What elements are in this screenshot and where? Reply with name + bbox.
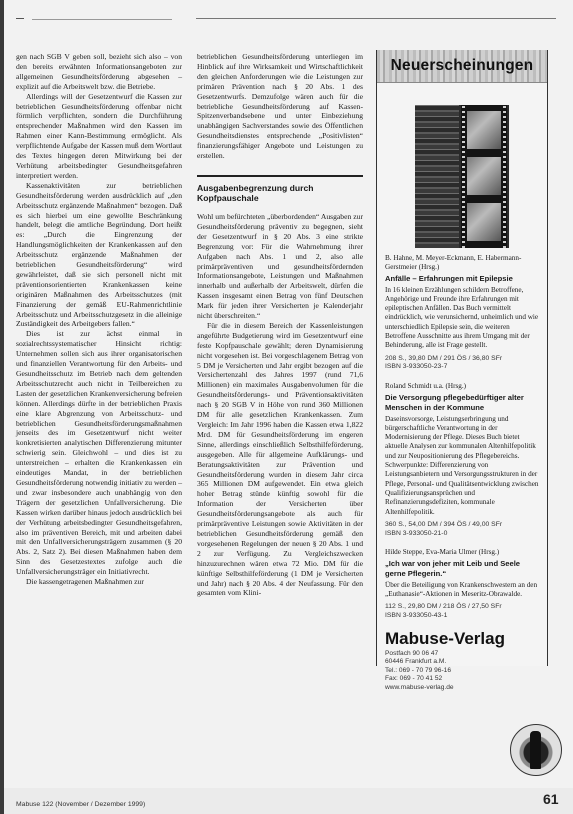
book-authors: Roland Schmidt u.a. (Hrsg.) xyxy=(385,382,541,391)
book-description: Daseinsvorsorge, Leistungserbringung und… xyxy=(385,415,541,517)
book-title: Die Versorgung pflegebedürftiger alter M… xyxy=(385,393,541,413)
book-isbn: ISBN 3-933050-43-1 xyxy=(385,612,541,621)
article-column-2: betrieblichen Gesundheitsförderung unter… xyxy=(197,52,363,598)
book-price: 360 S., 54,00 DM / 394 ÖS / 49,00 SFr xyxy=(385,521,541,530)
paragraph: Wohl um befürchteten „überbordenden“ Aus… xyxy=(197,212,363,321)
book-isbn: ISBN 3-933050-23-7 xyxy=(385,363,541,372)
sidebar-title: Neuerscheinungen xyxy=(391,57,534,75)
paragraph: Die kassengetragenen Maßnahmen zur xyxy=(16,577,182,587)
paragraph: Dies ist zur ächst einmal in sozialrecht… xyxy=(16,329,182,577)
paragraph: Für die in diesem Bereich der Kassenleis… xyxy=(197,321,363,598)
publisher-website: www.mabuse-verlag.de xyxy=(385,684,547,692)
book-entry: B. Hahne, M. Meyer-Eckmann, E. Habermann… xyxy=(377,254,547,372)
header-rule xyxy=(196,18,556,19)
book-authors: Hilde Steppe, Eva-Maria Ulmer (Hrsg.) xyxy=(385,548,541,557)
book-title: „Ich war von jeher mit Leib und Seele ge… xyxy=(385,559,541,579)
book-cover-image xyxy=(415,105,509,248)
book-isbn: ISBN 3-933050-21-0 xyxy=(385,530,541,539)
book-price: 112 S., 29,80 DM / 218 ÖS / 27,50 SFr xyxy=(385,603,541,612)
book-title: Anfälle – Erfahrungen mit Epilepsie xyxy=(385,274,541,284)
publisher-logo-icon xyxy=(510,724,562,776)
header-rule xyxy=(16,18,24,19)
publisher-name: Mabuse-Verlag xyxy=(385,629,547,649)
page-number: 61 xyxy=(543,791,559,807)
book-authors: B. Hahne, M. Meyer-Eckmann, E. Habermann… xyxy=(385,254,541,273)
footer-issue: Mabuse 122 (November / Dezember 1999) xyxy=(16,801,145,808)
section-heading: Ausgabenbegrenzung durch Kopfpauschale xyxy=(197,183,363,204)
book-entry: Roland Schmidt u.a. (Hrsg.) Die Versorgu… xyxy=(377,382,547,538)
publisher-address: Postfach 90 06 47 60446 Frankfurt a.M. T… xyxy=(385,650,547,692)
book-price: 208 S., 39,80 DM / 291 ÖS / 36,80 SFr xyxy=(385,355,541,364)
book-description: Über die Beteiligung von Krankenschweste… xyxy=(385,581,541,600)
paragraph: Allerdings will der Gesetzentwurf die Ka… xyxy=(16,92,182,181)
sidebar-banner: Neuerscheinungen xyxy=(377,50,547,83)
book-description: In 16 kleinen Erzählungen schildern Betr… xyxy=(385,286,541,351)
paragraph: betrieblichen Gesundheitsförderung unter… xyxy=(197,52,363,161)
section-divider xyxy=(197,175,363,177)
new-releases-sidebar: Neuerscheinungen B. Hahne, M. Meyer-Eckm… xyxy=(376,50,548,666)
header-rule xyxy=(32,19,172,20)
page-edge xyxy=(0,0,4,814)
paragraph: gen nach SGB V geben soll, bezieht sich … xyxy=(16,52,182,92)
book-entry: Hilde Steppe, Eva-Maria Ulmer (Hrsg.) „I… xyxy=(377,548,547,620)
paragraph: Kassenaktivitäten zur betrieblichen Gesu… xyxy=(16,181,182,330)
article-column-1: gen nach SGB V geben soll, bezieht sich … xyxy=(16,52,182,587)
